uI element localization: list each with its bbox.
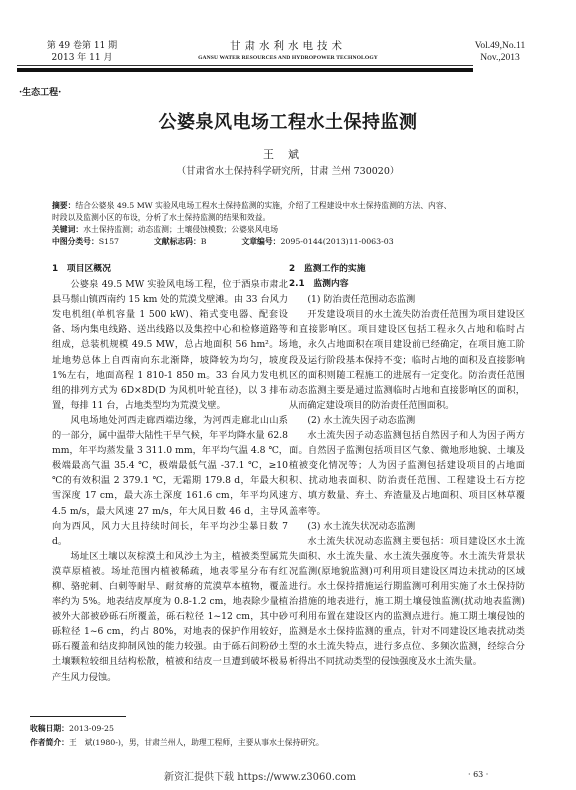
received-label: 收稿日期： [30, 724, 69, 733]
abstract-text-1: 结合公婆泉 49.5 MW 实验风电场工程水土保持监测的实施，介绍了工程建设中水… [75, 201, 451, 210]
author-name: 王斌 [0, 146, 576, 162]
bio-text: 王 斌(1980-)，男，甘肃兰州人，助理工程师，主要从事水土保持研究。 [69, 738, 324, 747]
paragraph: 公婆泉 49.5 MW 实验风电场工程，位于酒泉市肃北县马鬃山镇西南约 15 k… [52, 277, 288, 413]
clc-value: S157 [99, 237, 119, 246]
classification-line: 中图分类号：S157 文献标志码：B 文章编号：2095-0144(2013)1… [52, 236, 552, 248]
header-rule-thick [17, 68, 473, 72]
received-value: 2013-09-25 [69, 724, 114, 733]
abstract: 摘要：结合公婆泉 49.5 MW 实验风电场工程水土保持监测的实施，介绍了工程建… [52, 200, 552, 212]
article-no-value: 2095-0144(2013)11-0063-03 [280, 237, 393, 246]
paragraph: 水土流失因子动态监测包括自然因子和人为因子两方面。自然因子监测包括项目区气象、微… [289, 428, 525, 519]
subheading-1: (1) 防治责任范围动态监测 [289, 292, 525, 307]
paragraph: 风电场地处河西走廊西端边缘，为河西走廊北山山系的一部分，属中温带大陆性干旱气候，… [52, 413, 288, 549]
heading-2-1: 2.1 监测内容 [289, 277, 525, 292]
body-column-left: 1 项目区概况 公婆泉 49.5 MW 实验风电场工程，位于酒泉市肃北县马鬃山镇… [52, 262, 288, 685]
issue-info-en: Vol.49,No.11 Nov.,2013 [450, 40, 550, 64]
footnote-rule [30, 716, 126, 717]
article-no-label: 文章编号： [241, 237, 280, 246]
volume-cn: 第 49 卷第 11 期 [37, 40, 127, 52]
journal-name-cn: 甘肃水利水电技术 [150, 40, 426, 53]
doc-code-label: 文献标志码： [154, 237, 201, 246]
section-tag: ·生态工程· [19, 85, 61, 98]
page-number: · 63 · [468, 770, 488, 779]
watermark: 新资汇提供下载 https://www.z3060.com [140, 768, 380, 783]
issue-info: 第 49 卷第 11 期 2013 年 11 月 [37, 40, 127, 64]
bio-label: 作者简介： [30, 738, 69, 747]
heading-1: 1 项目区概况 [52, 262, 288, 277]
subheading-2: (2) 水土流失因子动态监测 [289, 413, 525, 428]
paragraph: 开发建设项目的水土流失防治责任范围为项目建设区和直接影响区。项目建设区包括工程永… [289, 307, 525, 413]
date-en: Nov.,2013 [450, 52, 550, 64]
subheading-3: (3) 水土流失状况动态监测 [289, 519, 525, 534]
author-affiliation: （甘肃省水土保持科学研究所，甘肃 兰州 730020） [0, 163, 576, 177]
abstract-text-2: 时段以及监测小区的布设，分析了水土保持监测的结果和效益。 [52, 213, 270, 222]
author-bio: 作者简介：王 斌(1980-)，男，甘肃兰州人，助理工程师，主要从事水土保持研究… [30, 737, 324, 749]
doc-code-value: B [201, 237, 207, 246]
journal-name-en: GANSU WATER RESOURCES AND HYDROPOWER TEC… [150, 53, 426, 63]
abstract-label: 摘要： [52, 201, 75, 210]
keywords-label: 关键词： [52, 225, 83, 234]
paragraph: 场址区土壤以灰棕漠土和风沙土为主，植被类型属荒漠草原植被。场址范围内植被稀疏，地… [52, 549, 288, 685]
body-column-right: 2 监测工作的实施 2.1 监测内容 (1) 防治责任范围动态监测 开发建设项目… [289, 262, 525, 670]
volume-en: Vol.49,No.11 [450, 40, 550, 52]
received-date: 收稿日期：2013-09-25 [30, 723, 114, 735]
abstract-cont: 时段以及监测小区的布设，分析了水土保持监测的结果和效益。 [52, 212, 552, 224]
clc-label: 中图分类号： [52, 237, 99, 246]
article-title: 公婆泉风电场工程水土保持监测 [0, 108, 576, 134]
header-rule-thin [17, 65, 473, 66]
date-cn: 2013 年 11 月 [37, 52, 127, 64]
paragraph: 水土流失状况动态监测主要包括：项目建设区水土流失面积、水土流失量、水土流失强度等… [289, 534, 525, 670]
journal-name: 甘肃水利水电技术 GANSU WATER RESOURCES AND HYDRO… [150, 40, 426, 63]
heading-2: 2 监测工作的实施 [289, 262, 525, 277]
keywords-text: 水土保持监测；动态监测；土壤侵蚀模数；公婆泉风电场 [83, 225, 278, 234]
keywords: 关键词：水土保持监测；动态监测；土壤侵蚀模数；公婆泉风电场 [52, 224, 552, 236]
